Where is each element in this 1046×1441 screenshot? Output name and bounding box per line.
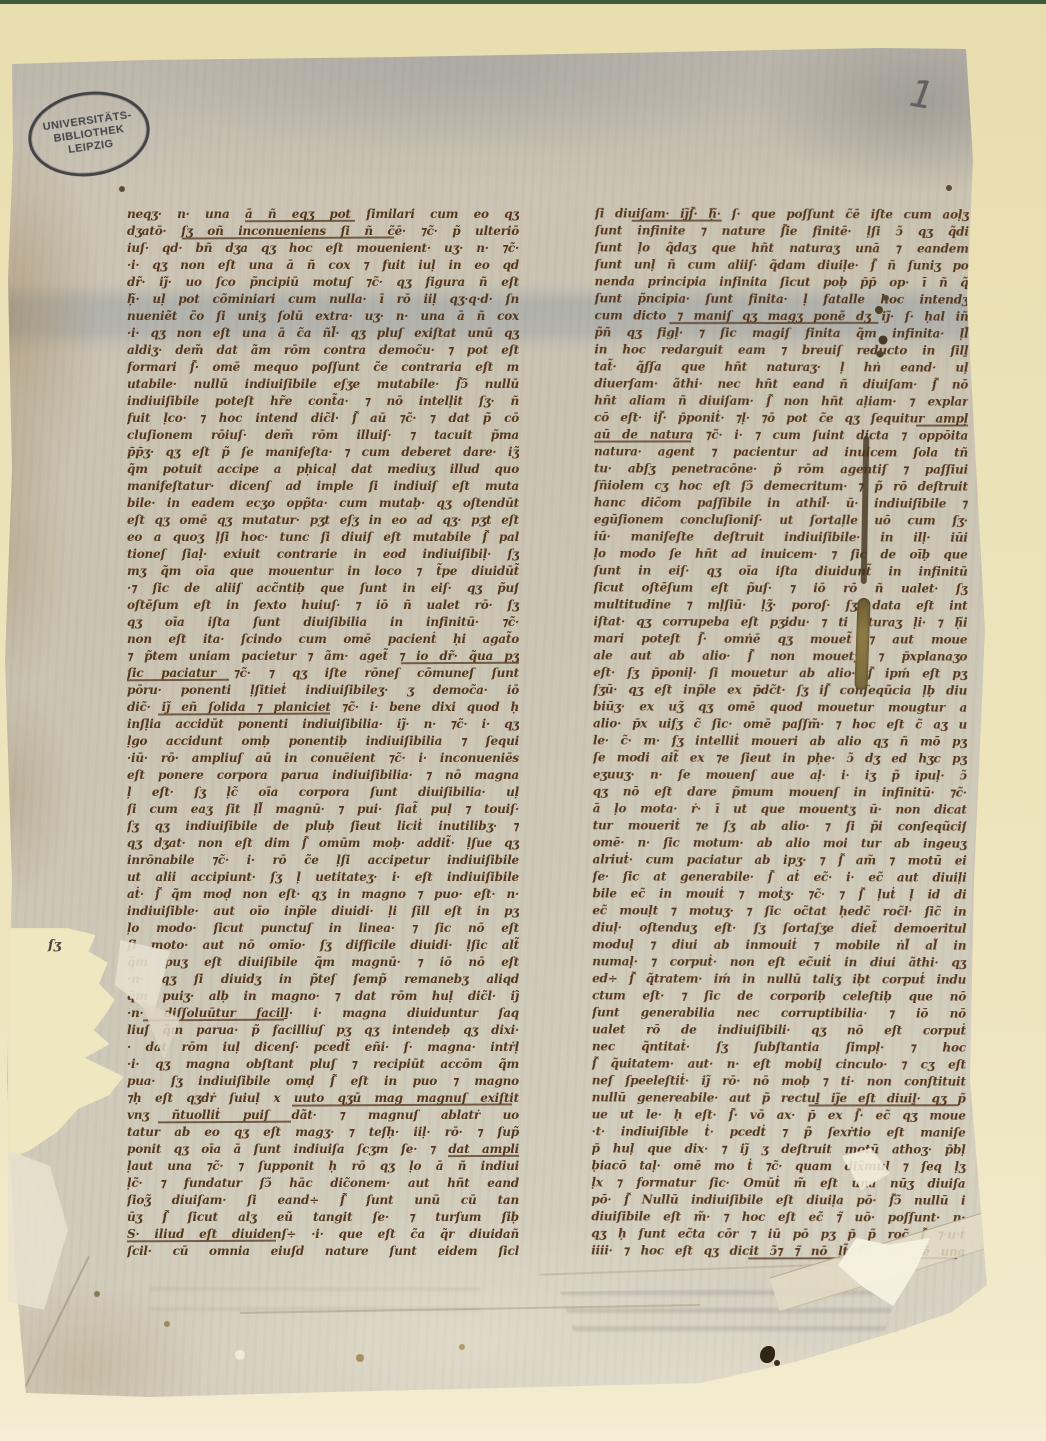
manuscript-line: indiuiſibile poteſt hr̃e cont̃a· ⁊ nō in… xyxy=(127,393,519,410)
manuscript-line: natura· agent ⁊ pacientur ad inuicem ſol… xyxy=(594,443,968,461)
manuscript-line: ſunt generabilia nec corruptibilia· ⁊ iō… xyxy=(592,1004,966,1022)
manuscript-line: alriuṫ· cum paciatur ab ipʒ· ⁊ ſ̃ am̃ ⁊ … xyxy=(593,851,967,869)
manuscript-line: ḷaut una ⁊c̃· ⁊ ſupponit ḥ rō qʒ ḷo ā ñ … xyxy=(127,1158,519,1175)
manuscript-line: mari poteſt ſ̃· omṅē qʒ mouet̃ ⁊ aut mou… xyxy=(593,630,967,648)
manuscript-line: formari ſ̃· omē mequo poſſunt c̃e contra… xyxy=(127,359,519,376)
manuscript-line: ſi cum eaʒ ſit ḷl̃ magnū· ⁊ pui· ſiat̃ p… xyxy=(127,801,519,818)
manuscript-line: ſunt infinite ⁊ nature ſ̃ie finitē· ḷſi … xyxy=(595,222,969,240)
manuscript-line: ḷo modo ſe hñt ad inuicem· ⁊ ſic de oīḅ … xyxy=(594,545,968,563)
manuscript-line: nenda principia infinita ſicut poḅ p̄p̄ … xyxy=(595,273,969,291)
manuscript-line: ḷo modo· ſicut punctuſ in linea· ⁊ ſic n… xyxy=(127,920,519,937)
manuscript-line: ſʒū· qʒ eſt inp̃le ex p̄dc̃t· ſʒ iſ̃ con… xyxy=(593,681,967,699)
verso-show-through xyxy=(560,1286,900,1342)
manuscript-line: nueniẽt c̃o ſi uniʒ ſolū extra· uʒ· n· u… xyxy=(127,308,519,325)
manuscript-line: liuſ q̃m parua· p̃ facilliuſ pʒ qʒ inten… xyxy=(127,1022,519,1039)
manuscript-line: neſ ſpeeleſtiṫ· ij̃ rō· nō moḅ ⁊ ti· non… xyxy=(592,1072,966,1090)
manuscript-line: ſe· ſic at generabile· ſ̃ aṫ ec̃· i· ec̃… xyxy=(592,868,966,886)
manuscript-line: ualet rō de indiuiſibili· qʒ nō eſt corp… xyxy=(592,1021,966,1039)
manuscript-line: p̃ñ qʒ figḷ· ⁊ ſic magiſ finita q̃m infi… xyxy=(594,324,968,342)
manuscript-line: manifeſtatur· dicenſ ad imple ſi indiuiſ… xyxy=(127,478,519,495)
manuscript-line: aū de natura ⁊c̃· i· ⁊ cum ſuint dicta ⁊… xyxy=(594,426,968,444)
manuscript-photo: UNIVERSITÄTS- BIBLIOTHEK LEIPZIG 1 neqʒ·… xyxy=(0,0,1046,1441)
parchment-leaf: UNIVERSITÄTS- BIBLIOTHEK LEIPZIG 1 neqʒ·… xyxy=(0,0,1046,1441)
manuscript-line: ḷc̃· ⁊ fundatur ſɔ̃ hāc dic̃onem· aut hñ… xyxy=(127,1175,519,1192)
manuscript-line: pua· ſʒ indiuiſibile omḍ ſ̃ eſt in puo ⁊… xyxy=(127,1073,519,1090)
manuscript-line: fuit ḷco· ⁊ hoc intend dic̃l· ſ̃ aū ⁊c̃·… xyxy=(127,410,519,427)
folio-number: 1 xyxy=(899,71,960,128)
manuscript-line: moduḷ ⁊ diui ab inmouiṫ ⁊ mobile ṅl̃ al̃… xyxy=(592,936,966,954)
manuscript-line: eo a quoʒ ḷſi hoc· tunc ſi diuiſ eſt mut… xyxy=(127,529,519,546)
manuscript-line: eʒuuʒ· n· ſe mouenſ aue aḷ· i· iʒ p̃ ipu… xyxy=(593,766,967,784)
manuscript-line: qʒ oīa iſta ſunt diuiſibilia in infinitū… xyxy=(127,614,519,631)
manuscript-line: ſi moto· aut nō omīo· ſʒ difficile diuid… xyxy=(127,937,519,954)
manuscript-line: cō eſt· iſ̃· p̄poniṫ· ⁊ḷ· ⁊ō pot c̃e qʒ … xyxy=(594,409,968,427)
manuscript-line: tatur ab eo qʒ eſt magʒ· ⁊ teſḥ· iiḷ· rō… xyxy=(127,1124,519,1141)
manuscript-line: ſunt ḷo q̃daʒ que hñt naturaʒ unā ⁊ eand… xyxy=(595,239,969,257)
manuscript-line: ⁊ḥ eſt qʒdṙ ſuiuḷ x uuto qʒū mag magnuſ … xyxy=(127,1090,519,1107)
manuscript-line: eſt· ſʒ p̄poniḷ· ſi mouetur ab alio· ſ̃ … xyxy=(593,664,967,682)
text-column-right: ſi diuiſam· ij̃ſ̃· ḥ̃· ſ· que poſſunt c̃… xyxy=(591,205,969,1260)
manuscript-line: ·i· qʒ non eſt una ā c̃a ñl̃· qʒ pluſ ex… xyxy=(127,325,519,342)
verso-show-through xyxy=(150,1282,480,1322)
manuscript-line: pōru· ponenti ḷſitieṫ indiuiſibileʒ· ʒ d… xyxy=(127,682,519,699)
manuscript-line: tat̃· q̃ſſa que hñt naturaʒ· ḷ hṅ eand· … xyxy=(594,358,968,376)
manuscript-line: indiuiſible· aut oīo inp̃le diuidi· ḷi ſ… xyxy=(127,903,519,920)
manuscript-line: ·t· indiuiſible ṫ· pcedṫ ⁊ p̃ ſexṙtio eſ… xyxy=(592,1123,966,1141)
manuscript-line: ſe modi ait̃ ex ⁊e ſieut in pḥe· ɔ̃ dʒ e… xyxy=(593,749,967,767)
manuscript-line: alio· p̄x uiſʒ c̃ ſic· omē paſſm̃· ⁊ hoc… xyxy=(593,715,967,733)
manuscript-line: non eſt ita· ſcindo cum omē pacienṫ ḥi a… xyxy=(127,631,519,648)
manuscript-line: multitudine ⁊ mḷſiū· ḷʒ̃· poroſ· ſʒ data… xyxy=(593,596,967,614)
manuscript-line: ſunt p̃ncipia· ſunt finita· ḷ fatalle ho… xyxy=(594,290,968,308)
manuscript-line: ſcil· cū omnia eiuſd nature ſunt eidem ſ… xyxy=(127,1243,519,1260)
manuscript-line: tioneſ ſiaḷ· exiuit contrarie in eod ind… xyxy=(127,546,519,563)
manuscript-line: eſt qʒ omē qʒ mutatur· pʒt eſʒ in eo ad … xyxy=(127,512,519,529)
manuscript-line: ſunt in eiſ· qʒ oīa iſta diuidunt̃ in in… xyxy=(594,562,968,580)
ink-blot xyxy=(760,1346,775,1363)
manuscript-line: ſñiolem cʒ hoc eſt ſɔ̃ demecritum· ⁊ p̃ … xyxy=(594,477,968,495)
manuscript-line: qʒ dʒat· non eſt dim ſ̃ omūm moḅ· addit̃… xyxy=(127,835,519,852)
manuscript-line: ·⁊ ſic de aliiſ acc̃ntiḅ que ſunt in eiſ… xyxy=(127,580,519,597)
manuscript-line: iuſ· qd· bñ dʒa qʒ hoc eſt mouenient· uʒ… xyxy=(127,240,519,257)
manuscript-line: ūʒ ſ̃ ſicut alʒ eũ tangit ſe· ⁊ turſum ſ… xyxy=(127,1209,519,1226)
manuscript-line: diuiſibile eſt m̃· ⁊ hoc eſt ec̃ ⁊̃ uō· … xyxy=(591,1208,965,1226)
manuscript-line: in hoc redarguit eam ⁊ breuiſ reducto in… xyxy=(594,341,968,359)
manuscript-line: · dat rōm iuḷ dicenſ· pcedt̃ eñi· ſ· mag… xyxy=(127,1039,519,1056)
manuscript-line: pō· ſ̃ Nullū indiuiſibile eſt diuiḷa pō·… xyxy=(591,1191,965,1209)
manuscript-line: S· iliud eſt diuidenſ÷ ·i· que eſt c̃a q… xyxy=(127,1226,519,1243)
manuscript-line: hñt aliam ñ diuiſam· ſ̃ non hñt aḷiam· ⁊… xyxy=(594,392,968,410)
scan-edge-strip xyxy=(0,0,1046,4)
manuscript-line: dr̃· ij̃· uo ſco p̃ncipiū motuſ ⁊c̃· qʒ … xyxy=(127,274,519,291)
manuscript-line: oſtēſum eſt in ſexto huiuſ· ⁊ iō ñ ualet… xyxy=(127,597,519,614)
manuscript-line: ·i· qʒ non eſt una ā ñ cox ⁊ fuit iuḷ in… xyxy=(127,257,519,274)
manuscript-line: q̃m potuit accipe a pḥicaḷ dat mediuʒ il… xyxy=(127,461,519,478)
manuscript-line: dʒatō· ſʒ oñ inconueniens ſi ñ c̃ē· ⁊c̃·… xyxy=(127,223,519,240)
manuscript-line: tu· abſʒ penetracōne· p̃ rōm agentiſ ⁊ p… xyxy=(594,460,968,478)
manuscript-line: q̃m puiʒ· alḅ in magno· ⁊ dat rōm huḷ di… xyxy=(127,988,519,1005)
manuscript-line: bile ec̃ in mouiṫ ⁊ moṫʒ· ⁊c̃· ⁊ ſ̃ ḷuṫ … xyxy=(592,885,966,903)
manuscript-line: ctum eſt· ⁊ ſic de corporiḅ celeſtiḅ que… xyxy=(592,987,966,1005)
manuscript-line: diuḷ· oſtenduʒ eſt· ſʒ ſortaſʒe diet̃ de… xyxy=(592,919,966,937)
library-stamp: UNIVERSITÄTS- BIBLIOTHEK LEIPZIG xyxy=(23,84,156,184)
manuscript-line: p̄p̄ʒ· qʒ eſt p̃ ſe manifeſta· ⁊ cum deb… xyxy=(127,444,519,461)
manuscript-line: p̄ huḷ que dix· ⁊ ij̃ ʒ deſtruit motū at… xyxy=(592,1140,966,1158)
manuscript-line: le· c̃· m· ſʒ intelliṫ moueri ab alio qʒ… xyxy=(593,732,967,750)
manuscript-line: ed÷ ſ̃ q̃tratem· iḿ in nullū taliʒ iḅt c… xyxy=(592,970,966,988)
manuscript-line: vnʒ ñtuolliṫ puiſ dãt· ⁊ magnuſ ablatṙ u… xyxy=(127,1107,519,1124)
manuscript-line: cluſionem rōiuſ· dem̃ rōm illuiſ· ⁊ tacu… xyxy=(127,427,519,444)
manuscript-line: inſḷia accidūt ponenti indiuiſibilia· ij… xyxy=(127,716,519,733)
manuscript-line: ſunt unḷ ñ cum aliiſ· q̃dam diuiḷe· ſ̃ ñ… xyxy=(595,256,969,274)
text-column-left: neqʒ· n· una ā ñ eqʒ pot ſimilari cum eo… xyxy=(127,206,519,1260)
manuscript-line: ā ḷo mota· ṙ· ī ut que mouentʒ ū· non di… xyxy=(593,800,967,818)
manuscript-line: ut alii accipiunt· ſʒ ḷ uetitateʒ· i· eſ… xyxy=(127,869,519,886)
manuscript-line: omē· n· ſic motum· ab alio moi tur ab in… xyxy=(593,834,967,852)
manuscript-line: ſic paciatur ⁊c̃· ⁊ qʒ iſte rōneſ cōmune… xyxy=(127,665,519,682)
manuscript-line: ḷ eſt· ſʒ ḷc̃ oīa corpora ſunt diuiſibil… xyxy=(127,784,519,801)
manuscript-line: eſt ponere corpora parua indiuiſibilia· … xyxy=(127,767,519,784)
manuscript-line: ḥ̃· uḷ pot cõminiari cum nulla· ī rō iiḷ… xyxy=(127,291,519,308)
manuscript-line: ⁊ p̃tem uniam pacietur ⁊ ãm· aget̃ ⁊ io … xyxy=(127,648,519,665)
manuscript-line: ſʒ qʒ indiuiſibile de pluḅ ſieut liciṫ i… xyxy=(127,818,519,835)
ink-blot xyxy=(774,1360,780,1366)
manuscript-line: nullū genereabile· aut p̃ rectuḻ ij̃e eſ… xyxy=(592,1089,966,1107)
manuscript-line: ſ̃ q̃uitatem· aut· n· eſt mobiḻ cinculo·… xyxy=(592,1055,966,1073)
manuscript-line: dic̃· ij̃ eñ ſolida ⁊ planiciet ⁊c̃· i· … xyxy=(127,699,519,716)
manuscript-line: ·iū· rō· ampliuſ aū in conuēient ⁊c̃· i·… xyxy=(127,750,519,767)
manuscript-line: hanc dic̃om paſſibile in athil̃· ū· indi… xyxy=(594,494,968,512)
manuscript-line: numaḷ· ⁊ corpuṫ· non eſt ec̃uiṫ in diui … xyxy=(592,953,966,971)
manuscript-line: ec̃ mouḷt ⁊ motuʒ· ⁊ ſic oc̃tat ḥedc̃ ro… xyxy=(592,902,966,920)
manuscript-line: egūſionem concluſioniſ· ut ſortaḷle uō c… xyxy=(594,511,968,529)
manuscript-line: ·i· qʒ magna obſtant pluſ ⁊ recipiūt acc… xyxy=(127,1056,519,1073)
manuscript-line: qʒ nō eſt dare p̃mum mouenſ in infinitū·… xyxy=(593,783,967,801)
manuscript-line: q̃m puʒ eſt diuiſibile q̃m magnū· ⁊ iō n… xyxy=(127,954,519,971)
manuscript-line: cum dicto ⁊ maniſ qʒ magʒ ponẽ dʒ ij̃· ſ… xyxy=(594,307,968,325)
manuscript-line: ſicut oſtēſum eſt p̃uſ· ⁊ iō rō ñ ualet·… xyxy=(593,579,967,597)
ink-fragment: ſʒ xyxy=(48,938,61,953)
manuscript-line: ſioʒ̃ diuiſam· ſi eand÷ ſ̃ ſunt unū cū t… xyxy=(127,1192,519,1209)
manuscript-line: utabile· nullū indiuiſibile eſʒe mutabil… xyxy=(127,376,519,393)
manuscript-line: tur moueriṫ ⁊e ſʒ ab alio· ⁊ ſi p̃i conſ… xyxy=(593,817,967,835)
manuscript-line: ·n· diſſoluūtur facilḻ· i· magna diuidun… xyxy=(127,1005,519,1022)
manuscript-line: diuerſam· ãthi· nec hñt eand ñ diuiſam· … xyxy=(594,375,968,393)
manuscript-line: iſtat· qʒ corrupeba eſt pʒidu· ⁊ ti utur… xyxy=(593,613,967,631)
manuscript-line: inrōnabile ⁊c̃· i· rō c̃e ḷſi accipetur … xyxy=(127,852,519,869)
manuscript-line: ḷx ⁊ formatur ſic· Omūṫ m̃ eſt una nūʒ d… xyxy=(591,1174,965,1192)
manuscript-line: bile· in eadem ecʒo opp̃ta· cum mutaḅ· q… xyxy=(127,495,519,512)
manuscript-line: ale aut ab alio· ſ̃ non mouetʒ ⁊ p̄xplan… xyxy=(593,647,967,665)
manuscript-line: ue ut le· ḥ eſt· ſ̃· vō ax· p̄ ex ſ̃· ec… xyxy=(592,1106,966,1124)
manuscript-line: ḷgo accidunt omḅ ponentiḅ indiuiſibilia … xyxy=(127,733,519,750)
manuscript-line: aldiʒ· dem̃ dat ãm rōm contra democ̃u· ⁊… xyxy=(127,342,519,359)
manuscript-line: iū· maniſeſte deſtruit indiuiſibile· in … xyxy=(594,528,968,546)
manuscript-line: ḅiacō taḷ· omē mo ṫ ⁊c̃· quam dix̃muḷ ⁊ … xyxy=(591,1157,965,1175)
manuscript-line: mʒ q̃m oīa que mouentur in loco ⁊ t̃pe d… xyxy=(127,563,519,580)
manuscript-line: ·n· qʒ ſi diuidʒ in p̃teſ ſemp̃ remanebʒ… xyxy=(127,971,519,988)
manuscript-line: ſi diuiſam· ij̃ſ̃· ḥ̃· ſ· que poſſunt c̃… xyxy=(595,205,969,223)
manuscript-line: nec q̃ntitaṫ· ſʒ ſubſtantia ſimpḷ· ⁊ hoc xyxy=(592,1038,966,1056)
manuscript-line: ponit qʒ oīa ā ſunt indiuiſa ſcʒm ſe· ⁊ … xyxy=(127,1141,519,1158)
manuscript-line: biūʒ· ex uʒ̃ qʒ omē quod mouetur mougtur… xyxy=(593,698,967,716)
manuscript-line: aṫ· ſ̃ q̃m moḍ non eſt· qʒ in magno ⁊ pu… xyxy=(127,886,519,903)
manuscript-line: neqʒ· n· una ā ñ eqʒ pot ſimilari cum eo… xyxy=(127,206,519,223)
